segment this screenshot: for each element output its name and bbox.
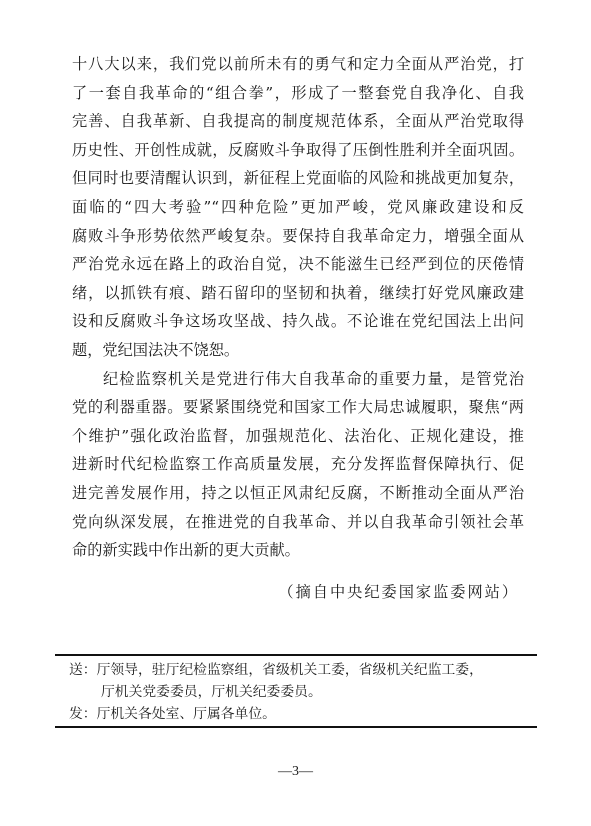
text-line: 命的新实践中作出新的更大贡献。	[72, 536, 524, 565]
issue-row: 发：厅机关各处室、厅属各单位。	[69, 703, 483, 725]
text-line: 党的利器重器。要紧紧围绕党和国家工作大局忠诚履职，聚焦“两	[72, 393, 524, 422]
text-line: 严治党永远在路上的政治自觉，决不能滋生已经严到位的厌倦情	[72, 250, 524, 279]
text-line: 进新时代纪检监察工作高质量发展，充分发挥监督保障执行、促	[72, 450, 524, 479]
text-line: 个维护”强化政治监督，加强规范化、法治化、正规化建设，推	[72, 422, 524, 451]
send-recipients-line2: 厅机关党委委员，厅机关纪委委员。	[101, 684, 322, 700]
text-line: 面临的“四大考验”“四种危险”更加严峻，党风廉政建设和反	[72, 193, 524, 222]
text-line: 但同时也要清醒认识到，新征程上党面临的风险和挑战更加复杂，	[72, 164, 524, 193]
text-line: 设和反腐败斗争这场攻坚战、持久战。不论谁在党纪国法上出问	[72, 307, 524, 336]
text-line: 进完善发展作用，持之以恒正风肃纪反腐，不断推动全面从严治	[72, 479, 524, 508]
text-line: 完善、自我革新、自我提高的制度规范体系，全面从严治党取得	[72, 107, 524, 136]
text-line: 题，党纪国法决不饶恕。	[72, 336, 524, 365]
issue-label: 发：	[69, 706, 97, 722]
text-line: 绪，以抓铁有痕、踏石留印的坚韧和执着，继续打好党风廉政建	[72, 279, 524, 308]
paragraph-2: 纪检监察机关是党进行伟大自我革命的重要力量，是管党治 党的利器重器。要紧紧围绕党…	[72, 365, 524, 565]
divider-bottom	[55, 726, 537, 728]
divider-top	[55, 654, 537, 656]
send-row-continued: 厅机关党委委员，厅机关纪委委员。	[69, 681, 483, 703]
send-label: 送：	[69, 662, 97, 678]
text-line: 腐败斗争形势依然严峻复杂。要保持自我革命定力，增强全面从	[72, 222, 524, 251]
text-line: 历史性、开创性成就，反腐败斗争取得了压倒性胜利并全面巩固。	[72, 136, 524, 165]
send-recipients-line1: 厅领导，驻厅纪检监察组，省级机关工委，省级机关纪监工委，	[97, 662, 483, 678]
send-row: 送：厅领导，驻厅纪检监察组，省级机关工委，省级机关纪监工委，	[69, 659, 483, 681]
page-number: —3—	[0, 764, 591, 780]
source-citation: （摘自中央纪委国家监委网站）	[278, 581, 519, 602]
paragraph-1: 十八大以来，我们党以前所未有的勇气和定力全面从严治党，打 了一套自我革命的“组合…	[72, 50, 524, 365]
distribution-list: 送：厅领导，驻厅纪检监察组，省级机关工委，省级机关纪监工委， 厅机关党委委员，厅…	[69, 659, 483, 725]
text-line: 党向纵深发展，在推进党的自我革命、并以自我革命引领社会革	[72, 508, 524, 537]
text-line: 十八大以来，我们党以前所未有的勇气和定力全面从严治党，打	[72, 50, 524, 79]
text-line: 了一套自我革命的“组合拳”，形成了一整套党自我净化、自我	[72, 79, 524, 108]
text-line: 纪检监察机关是党进行伟大自我革命的重要力量，是管党治	[72, 365, 524, 394]
issue-recipients: 厅机关各处室、厅属各单位。	[97, 706, 276, 722]
article-body: 十八大以来，我们党以前所未有的勇气和定力全面从严治党，打 了一套自我革命的“组合…	[72, 50, 524, 565]
